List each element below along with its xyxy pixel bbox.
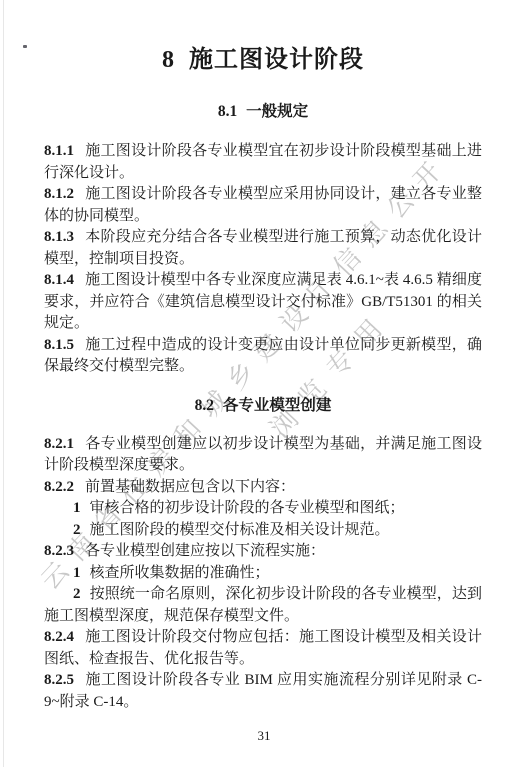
clause-8-2-2-item-2: 2施工图阶段的模型交付标准及相关设计规范。 [44, 520, 482, 542]
clause-8-1-3: 8.1.3本阶段应充分结合各专业模型进行施工预算，动态优化设计模型，控制项目投资… [44, 227, 482, 270]
scan-artifact-dot [23, 45, 27, 48]
document-page: 云南省住房和城乡建设厅信息公开 浏览专用 8 施工图设计阶段 8.1 一般规定 … [0, 0, 528, 767]
clause-number: 8.1.2 [44, 186, 85, 202]
clause-text: 施工图设计阶段各专业模型宜在初步设计阶段模型基础上进行深化设计。 [44, 143, 482, 181]
clause-8-1-2: 8.1.2施工图设计阶段各专业模型应采用协同设计，建立各专业整体的协同模型。 [44, 184, 482, 227]
clause-8-2-2: 8.2.2前置基础数据应包含以下内容： [44, 477, 482, 499]
clause-number: 8.2.2 [44, 479, 85, 495]
clause-number: 8.1.1 [44, 143, 85, 159]
item-number: 2 [73, 586, 90, 602]
clause-text: 施工图设计模型中各专业深度应满足表 4.6.1~表 4.6.5 精细度要求，并应… [44, 272, 482, 331]
clause-8-2-3-item-2: 2按照统一命名原则，深化初步设计阶段的各专业模型，达到施工图模型深度，规范保存模… [44, 584, 482, 627]
clause-8-2-1: 8.2.1各专业模型创建应以初步设计模型为基础，并满足施工图设计阶段模型深度要求… [44, 434, 482, 477]
clause-number: 8.2.1 [44, 436, 85, 452]
clause-8-1-1: 8.1.1施工图设计阶段各专业模型宜在初步设计阶段模型基础上进行深化设计。 [44, 141, 482, 184]
page-edge-line [3, 0, 4, 767]
clause-number: 8.2.5 [44, 672, 85, 688]
section-heading-8-2: 8.2 各专业模型创建 [44, 396, 482, 416]
clause-text: 施工图设计阶段各专业 BIM 应用实施流程分别详见附录 C-9~附录 C-14。 [44, 672, 482, 710]
page-number: 31 [0, 728, 528, 744]
clause-8-2-4: 8.2.4施工图设计阶段交付物应包括：施工图设计模型及相关设计图纸、检查报告、优… [44, 627, 482, 670]
clause-text: 施工图设计阶段各专业模型应采用协同设计，建立各专业整体的协同模型。 [44, 186, 482, 224]
clause-8-2-3: 8.2.3各专业模型创建应按以下流程实施： [44, 541, 482, 563]
item-text: 审核合格的初步设计阶段的各专业模型和图纸； [90, 500, 405, 516]
clause-number: 8.1.4 [44, 272, 85, 288]
section-heading-8-1: 8.1 一般规定 [44, 102, 482, 122]
clause-8-2-3-item-1: 1核查所收集数据的准确性； [44, 563, 482, 585]
item-number: 2 [73, 522, 90, 538]
clause-8-2-5: 8.2.5施工图设计阶段各专业 BIM 应用实施流程分别详见附录 C-9~附录 … [44, 670, 482, 713]
clause-8-1-4: 8.1.4施工图设计模型中各专业深度应满足表 4.6.1~表 4.6.5 精细度… [44, 270, 482, 335]
clause-8-1-5: 8.1.5施工过程中造成的设计变更应由设计单位同步更新模型，确保最终交付模型完整… [44, 335, 482, 378]
clause-number: 8.2.4 [44, 629, 85, 645]
page-content: 8 施工图设计阶段 8.1 一般规定 8.1.1施工图设计阶段各专业模型宜在初步… [44, 0, 482, 713]
clause-number: 8.2.3 [44, 543, 85, 559]
clause-text: 各专业模型创建应以初步设计模型为基础，并满足施工图设计阶段模型深度要求。 [44, 436, 482, 474]
clause-text: 施工图设计阶段交付物应包括：施工图设计模型及相关设计图纸、检查报告、优化报告等。 [44, 629, 482, 667]
item-number: 1 [73, 500, 90, 516]
clause-text: 前置基础数据应包含以下内容： [85, 479, 295, 495]
section-8-2-body: 8.2.1各专业模型创建应以初步设计模型为基础，并满足施工图设计阶段模型深度要求… [44, 434, 482, 714]
clause-number: 8.1.5 [44, 337, 85, 353]
clause-text: 施工过程中造成的设计变更应由设计单位同步更新模型，确保最终交付模型完整。 [44, 337, 482, 375]
item-text: 按照统一命名原则，深化初步设计阶段的各专业模型，达到施工图模型深度，规范保存模型… [44, 586, 482, 624]
section-8-1-body: 8.1.1施工图设计阶段各专业模型宜在初步设计阶段模型基础上进行深化设计。 8.… [44, 141, 482, 378]
item-text: 核查所收集数据的准确性； [90, 565, 270, 581]
clause-text: 本阶段应充分结合各专业模型进行施工预算，动态优化设计模型，控制项目投资。 [44, 229, 482, 267]
clause-number: 8.1.3 [44, 229, 85, 245]
item-number: 1 [73, 565, 90, 581]
clause-8-2-2-item-1: 1审核合格的初步设计阶段的各专业模型和图纸； [44, 498, 482, 520]
item-text: 施工图阶段的模型交付标准及相关设计规范。 [90, 522, 390, 538]
chapter-title: 8 施工图设计阶段 [44, 45, 482, 75]
clause-text: 各专业模型创建应按以下流程实施： [85, 543, 325, 559]
